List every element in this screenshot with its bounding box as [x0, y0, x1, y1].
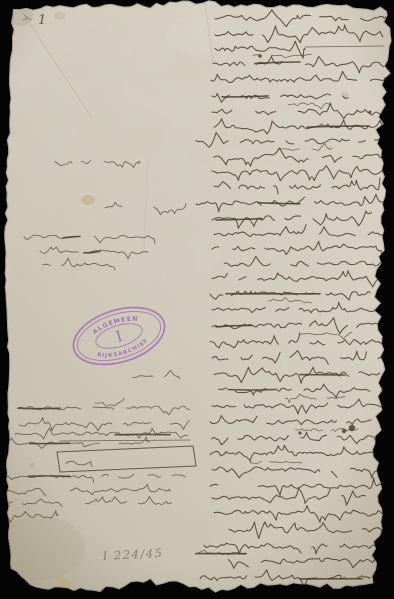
manuscript-scene: 1 ALGEMEEN RIJKSARCHIEF I I 224/45: [0, 0, 394, 599]
manuscript-photograph: 1 ALGEMEEN RIJKSARCHIEF I I 224/45: [0, 0, 394, 599]
paper-grain: [0, 0, 394, 599]
